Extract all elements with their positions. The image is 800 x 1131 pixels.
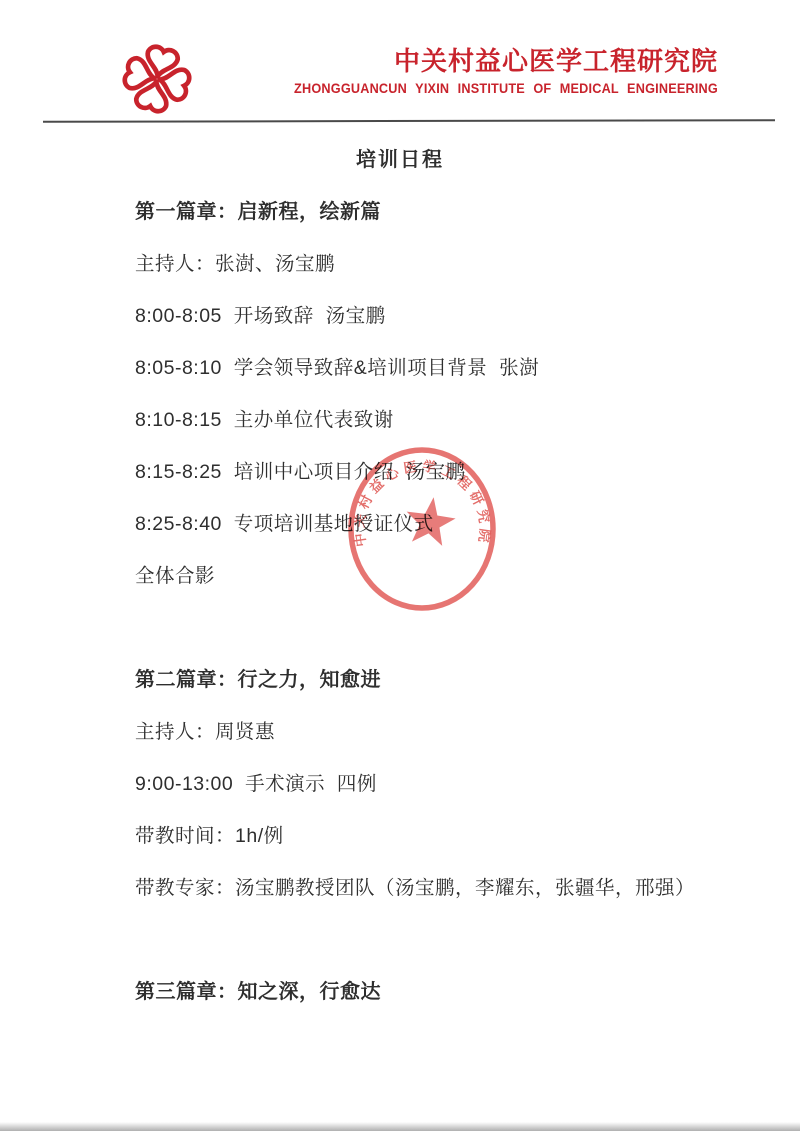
schedule-line: 8:25-8:40 专项培训基地授证仪式	[135, 511, 760, 563]
chapter-1-heading: 第一篇章：启新程，绘新篇	[135, 199, 760, 251]
section-chapter-3: 第三篇章：知之深，行愈达	[135, 979, 760, 1031]
org-titles: 中关村益心医学工程研究院 ZHONGGUANCUN YIXIN INSTITUT…	[267, 46, 718, 96]
schedule-line: 8:05-8:10 学会领导致辞&培训项目背景 张澍	[135, 355, 760, 407]
teaching-time-line: 带教时间：1h/例	[135, 823, 760, 875]
letterhead: 中关村益心医学工程研究院 ZHONGGUANCUN YIXIN INSTITUT…	[0, 0, 800, 121]
doc-title: 培训日程	[40, 147, 760, 199]
chapter-3-heading: 第三篇章：知之深，行愈达	[135, 979, 760, 1031]
scan-edge-shadow	[0, 1122, 800, 1131]
scanned-document-page: 中关村益心医学工程研究院 ZHONGGUANCUN YIXIN INSTITUT…	[0, 0, 800, 1131]
chapter-2-heading: 第二篇章：行之力，知愈进	[135, 667, 760, 719]
schedule-line: 8:10-8:15 主办单位代表致谢	[135, 407, 760, 459]
schedule-line: 8:15-8:25 培训中心项目介绍 汤宝鹏	[135, 459, 760, 511]
org-name-en: ZHONGGUANCUN YIXIN INSTITUTE OF MEDICAL …	[294, 81, 718, 96]
four-hearts-logo-icon	[108, 34, 206, 124]
group-photo-line: 全体合影	[135, 563, 760, 615]
schedule-line: 9:00-13:00 手术演示 四例	[135, 771, 760, 823]
chapter-1-host-line: 主持人：张澍、汤宝鹏	[135, 251, 760, 303]
document-body: 培训日程 第一篇章：启新程，绘新篇 主持人：张澍、汤宝鹏 8:00-8:05 开…	[0, 147, 800, 1031]
section-chapter-2: 第二篇章：行之力，知愈进 主持人：周贤惠 9:00-13:00 手术演示 四例 …	[135, 667, 760, 927]
header-divider	[43, 119, 775, 123]
org-name-zh: 中关村益心医学工程研究院	[267, 46, 718, 76]
chapter-2-host-line: 主持人：周贤惠	[135, 719, 760, 771]
teaching-experts-line: 带教专家：汤宝鹏教授团队（汤宝鹏，李耀东，张疆华，邢强）	[135, 875, 760, 927]
schedule-line: 8:00-8:05 开场致辞 汤宝鹏	[135, 303, 760, 355]
section-chapter-1: 第一篇章：启新程，绘新篇 主持人：张澍、汤宝鹏 8:00-8:05 开场致辞 汤…	[135, 199, 760, 615]
